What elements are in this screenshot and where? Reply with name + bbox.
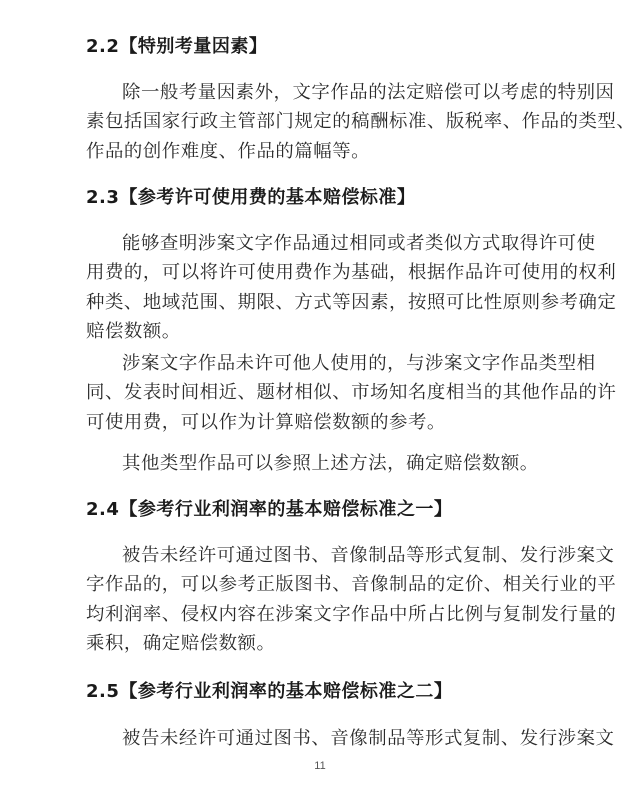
paragraph-2-3-3: 其他类型作品可以参照上述方法，确定赔偿数额。 bbox=[86, 449, 572, 478]
text-line: 涉案文字作品未许可他人使用的，与涉案文字作品类型相 bbox=[86, 349, 572, 378]
section-heading-2-3: 2.3【参考许可使用费的基本赔偿标准】 bbox=[86, 186, 415, 210]
text-line: 同、发表时间相近、题材相似、市场知名度相当的其他作品的许 bbox=[86, 378, 572, 407]
section-heading-2-2: 2.2【特别考量因素】 bbox=[86, 35, 267, 59]
paragraph-2-4-1: 被告未经许可通过图书、音像制品等形式复制、发行涉案文 字作品的，可以参考正版图书… bbox=[86, 541, 572, 658]
text-line: 作品的创作难度、作品的篇幅等。 bbox=[86, 137, 572, 166]
text-line: 种类、地域范围、期限、方式等因素，按照可比性原则参考确定 bbox=[86, 288, 572, 317]
page-number: 11 bbox=[0, 760, 640, 772]
text-line: 赔偿数额。 bbox=[86, 317, 572, 346]
text-line: 除一般考量因素外，文字作品的法定赔偿可以考虑的特别因 bbox=[86, 78, 572, 107]
paragraph-2-3-1: 能够查明涉案文字作品通过相同或者类似方式取得许可使 用费的，可以将许可使用费作为… bbox=[86, 229, 572, 346]
section-heading-2-5: 2.5【参考行业利润率的基本赔偿标准之二】 bbox=[86, 680, 452, 704]
text-line: 素包括国家行政主管部门规定的稿酬标准、版税率、作品的类型、 bbox=[86, 107, 572, 136]
paragraph-2-3-2: 涉案文字作品未许可他人使用的，与涉案文字作品类型相 同、发表时间相近、题材相似、… bbox=[86, 349, 572, 437]
text-line: 可使用费，可以作为计算赔偿数额的参考。 bbox=[86, 408, 572, 437]
text-line: 乘积，确定赔偿数额。 bbox=[86, 629, 572, 658]
paragraph-2-2-1: 除一般考量因素外，文字作品的法定赔偿可以考虑的特别因 素包括国家行政主管部门规定… bbox=[86, 78, 572, 166]
text-line: 用费的，可以将许可使用费作为基础，根据作品许可使用的权利 bbox=[86, 258, 572, 287]
section-heading-2-4: 2.4【参考行业利润率的基本赔偿标准之一】 bbox=[86, 498, 452, 522]
text-line: 均利润率、侵权内容在涉案文字作品中所占比例与复制发行量的 bbox=[86, 600, 572, 629]
text-line: 被告未经许可通过图书、音像制品等形式复制、发行涉案文 bbox=[86, 724, 572, 753]
text-line: 字作品的，可以参考正版图书、音像制品的定价、相关行业的平 bbox=[86, 570, 572, 599]
paragraph-2-5-1: 被告未经许可通过图书、音像制品等形式复制、发行涉案文 bbox=[86, 724, 572, 753]
text-line: 其他类型作品可以参照上述方法，确定赔偿数额。 bbox=[86, 449, 572, 478]
text-line: 能够查明涉案文字作品通过相同或者类似方式取得许可使 bbox=[86, 229, 572, 258]
text-line: 被告未经许可通过图书、音像制品等形式复制、发行涉案文 bbox=[86, 541, 572, 570]
